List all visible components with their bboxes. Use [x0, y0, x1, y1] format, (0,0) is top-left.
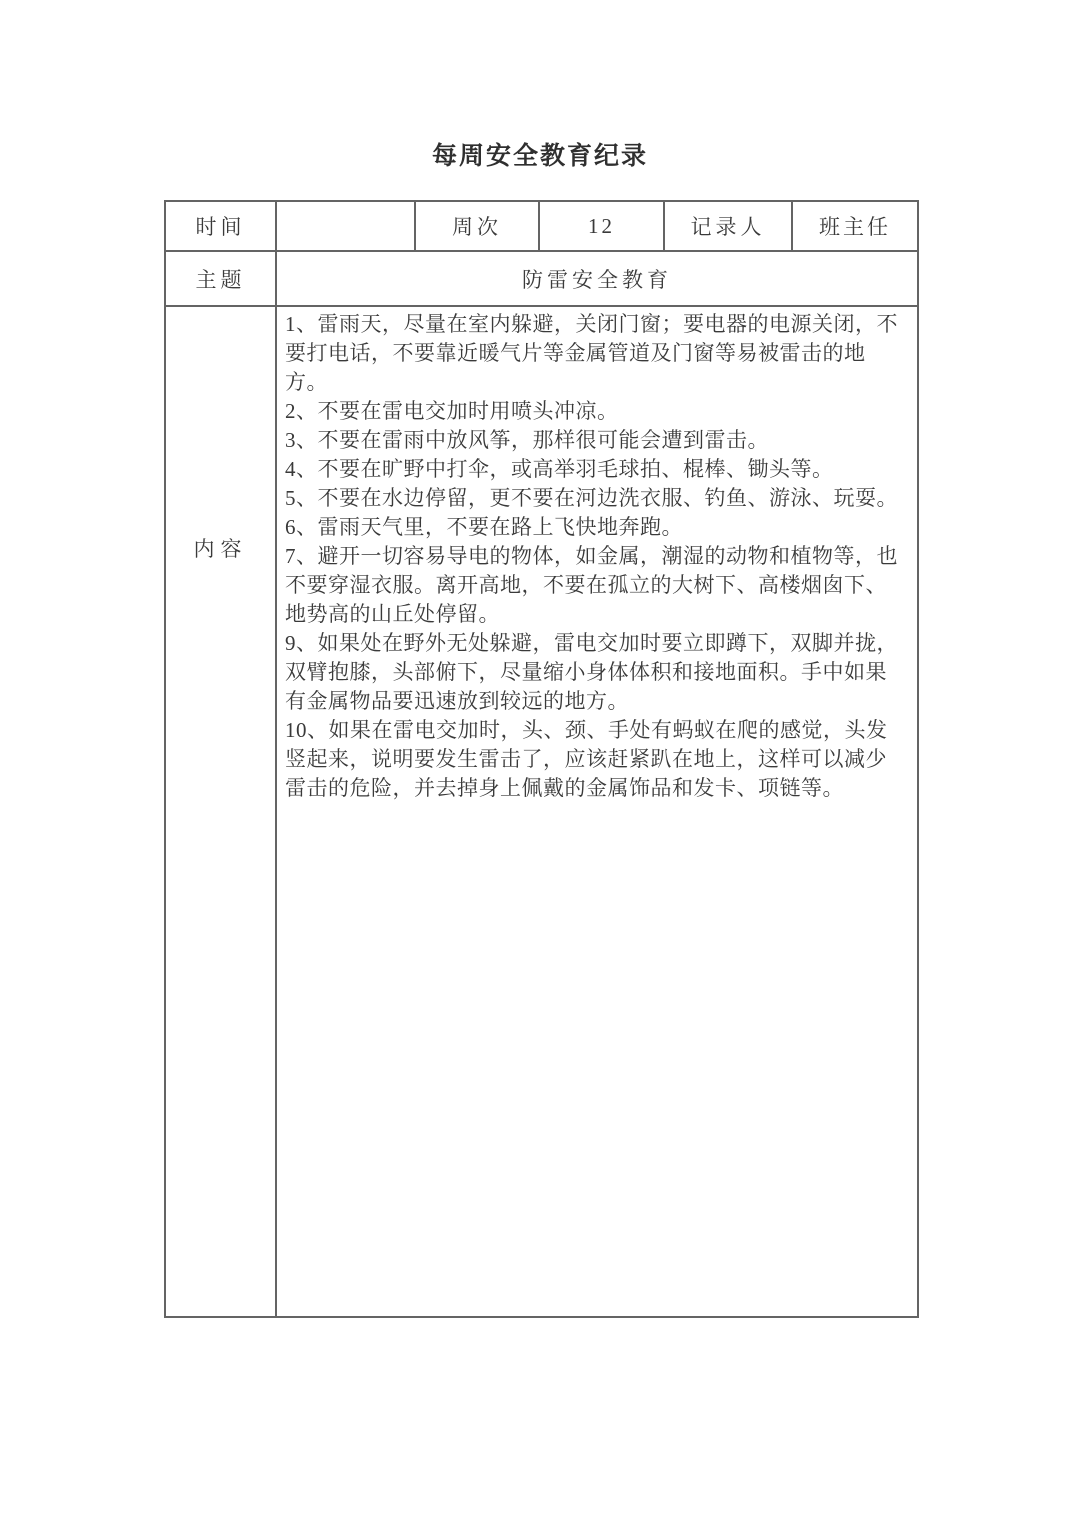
- content-item-10: 10、如果在雷电交加时，头、颈、手处有蚂蚁在爬的感觉，头发竖起来，说明要发生雷击…: [285, 716, 907, 803]
- page-title: 每周安全教育纪录: [0, 0, 1080, 172]
- document-page: 每周安全教育纪录 时间 周次 12 记录人 班主任 主题 防雷安全教育 内容 1…: [0, 0, 1080, 1527]
- topic-label-cell: 主题: [165, 251, 276, 306]
- table-row-header: 时间 周次 12 记录人 班主任: [165, 201, 918, 251]
- table-row-topic: 主题 防雷安全教育: [165, 251, 918, 306]
- content-body-cell: 1、雷雨天，尽量在室内躲避，关闭门窗；要电器的电源关闭，不要打电话，不要靠近暖气…: [276, 306, 918, 1317]
- content-item-3: 3、不要在雷雨中放风筝，那样很可能会遭到雷击。: [285, 426, 907, 455]
- content-label-cell: 内容: [165, 306, 276, 1317]
- time-label-cell: 时间: [165, 201, 276, 251]
- recorder-label-cell: 记录人: [664, 201, 792, 251]
- content-item-4: 4、不要在旷野中打伞，或高举羽毛球拍、棍棒、锄头等。: [285, 455, 907, 484]
- content-item-6: 6、雷雨天气里，不要在路上飞快地奔跑。: [285, 513, 907, 542]
- content-item-2: 2、不要在雷电交加时用喷头冲凉。: [285, 397, 907, 426]
- content-item-5: 5、不要在水边停留，更不要在河边洗衣服、钓鱼、游泳、玩耍。: [285, 484, 907, 513]
- topic-value-cell: 防雷安全教育: [276, 251, 918, 306]
- week-value-cell: 12: [539, 201, 664, 251]
- week-label-cell: 周次: [415, 201, 539, 251]
- content-item-9: 9、如果处在野外无处躲避，雷电交加时要立即蹲下，双脚并拢，双臂抱膝，头部俯下，尽…: [285, 629, 907, 716]
- content-item-1: 1、雷雨天，尽量在室内躲避，关闭门窗；要电器的电源关闭，不要打电话，不要靠近暖气…: [285, 310, 907, 397]
- recorder-value-cell: 班主任: [792, 201, 918, 251]
- content-item-7: 7、避开一切容易导电的物体，如金属，潮湿的动物和植物等，也不要穿湿衣服。离开高地…: [285, 542, 907, 629]
- table-row-content: 内容 1、雷雨天，尽量在室内躲避，关闭门窗；要电器的电源关闭，不要打电话，不要靠…: [165, 306, 918, 1317]
- time-value-cell: [276, 201, 415, 251]
- safety-record-table: 时间 周次 12 记录人 班主任 主题 防雷安全教育 内容 1、雷雨天，尽量在室…: [164, 200, 919, 1318]
